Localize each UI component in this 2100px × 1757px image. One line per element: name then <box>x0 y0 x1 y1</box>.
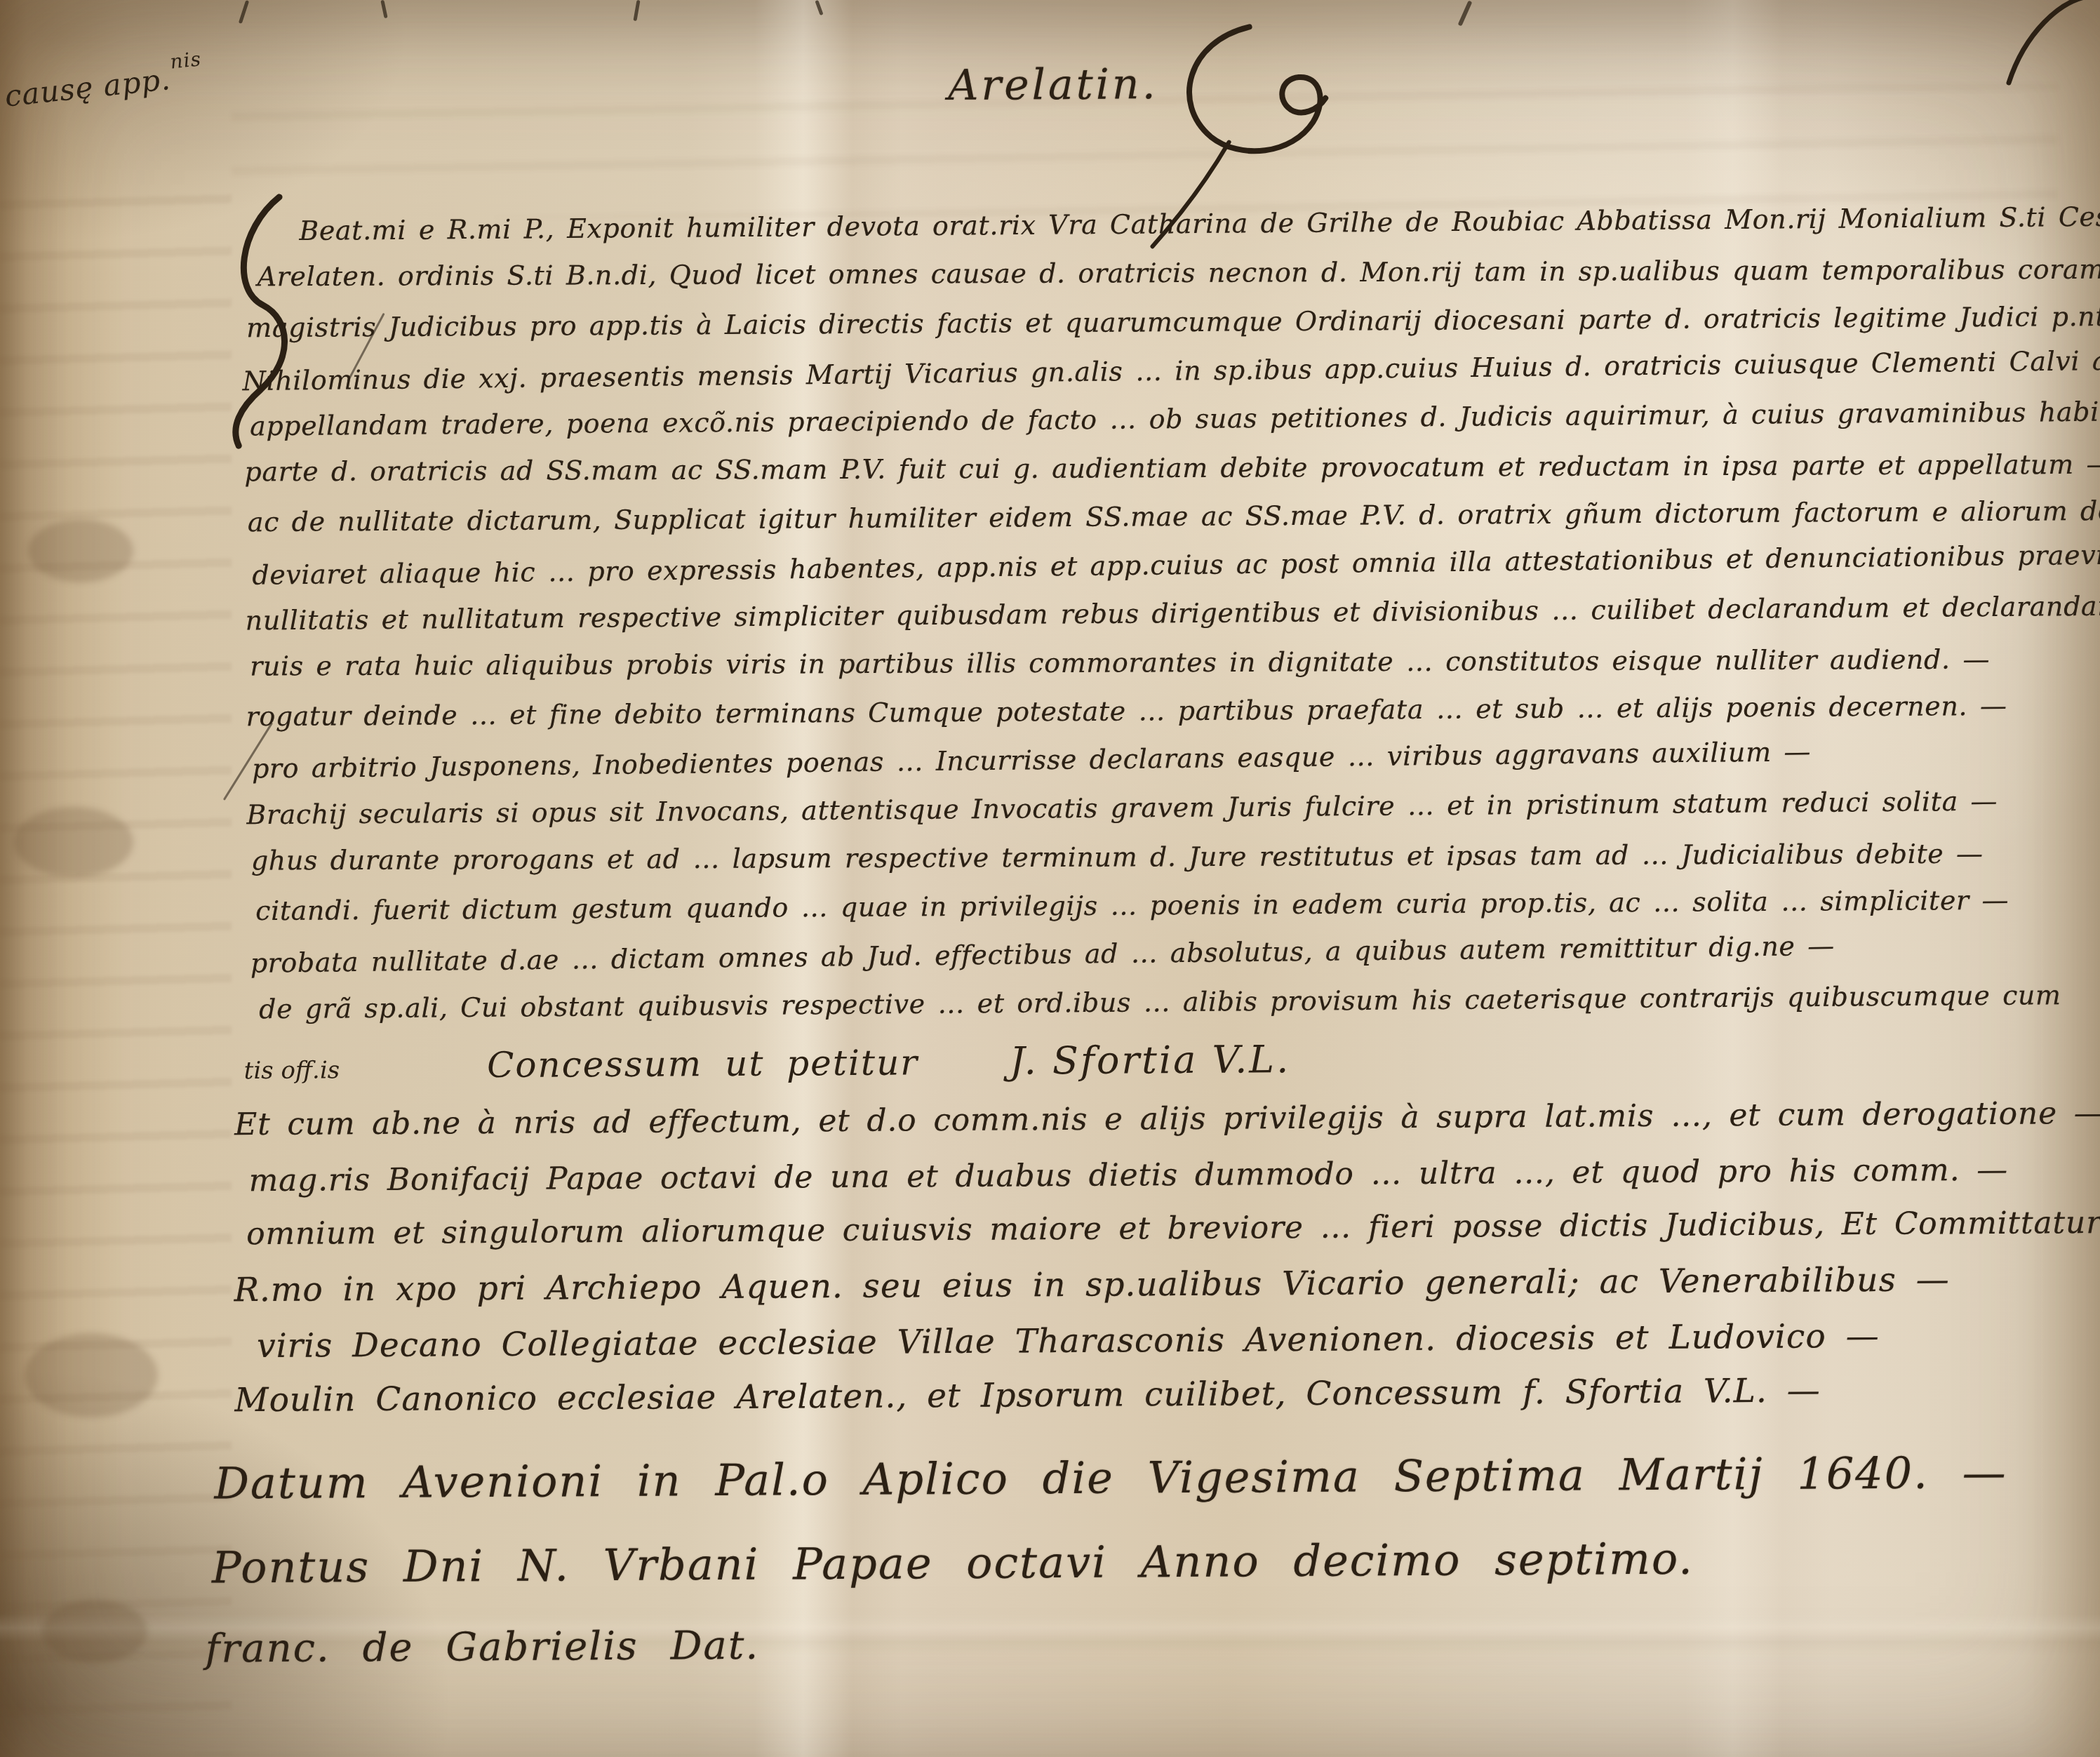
manuscript-line: rogatur deinde … et fine debito terminan… <box>246 690 2007 732</box>
pontificate-line: Pontus Dni N. Vrbani Papae octavi Anno d… <box>212 1533 1694 1594</box>
commission-line: Moulin Canonico ecclesiae Arelaten., et … <box>234 1371 1821 1419</box>
clause-line: Et cum ab.ne à nris ad effectum, et d.o … <box>234 1095 2100 1142</box>
commission-line: viris Decano Collegiatae ecclesiae Villa… <box>257 1317 1880 1365</box>
manuscript-line: probata nullitate d.ae … dictam omnes ab… <box>250 930 1835 979</box>
commission-line: R.mo in xpo pri Archiepo Aquen. seu eius… <box>234 1260 1949 1309</box>
clause-line: omnium et singulorum aliorumque cuiusvis… <box>246 1205 2100 1252</box>
manuscript-line: magistris Judicibus pro app.tis à Laicis… <box>246 300 2100 343</box>
manuscript-line: nullitatis et nullitatum respective simp… <box>246 590 2100 636</box>
manuscript-line: de grã sp.ali, Cui obstant quibusvis res… <box>259 980 2061 1024</box>
manuscript-line: pro arbitrio Jusponens, Inobedientes poe… <box>252 736 1811 784</box>
manuscript-line: ghus durante prorogans et ad … lapsum re… <box>251 839 1984 876</box>
manuscript-line: Brachij secularis si opus sit Invocans, … <box>246 786 1998 831</box>
document-heading: Arelatin. <box>948 60 1158 110</box>
manuscript-line: Arelaten. ordinis S.ti B.n.di, Quod lice… <box>258 253 2100 292</box>
manuscript-line: ac de nullitate dictarum, Supplicat igit… <box>248 493 2100 537</box>
subscription-line: franc. de Gabrielis Dat. <box>205 1623 759 1672</box>
dating-line: Datum Avenioni in Pal.o Aplico die Viges… <box>214 1447 2007 1509</box>
grant-line: tis off.isConcessum ut petiturJ. Sfortia… <box>243 1037 1290 1088</box>
manuscript-line: ruis e rata huic aliquibus probis viris … <box>250 644 1990 682</box>
manuscript-line: appellandam tradere, poena excõ.nis prae… <box>250 396 2100 441</box>
clause-line: mag.ris Bonifacij Papae octavi de una et… <box>248 1152 2008 1198</box>
grant-formula: Concessum ut petitur <box>487 1042 918 1085</box>
manuscript-line: parte d. oratricis ad SS.mam ac SS.mam P… <box>244 449 2100 488</box>
grant-line-prefix: tis off.is <box>244 1056 340 1085</box>
manuscript-line: citandi. fuerit dictum gestum quando … q… <box>255 885 2009 926</box>
manuscript-photo: causę app.nis Arelatin. Beat.mi e R.mi P… <box>0 0 2100 1757</box>
manuscript-line: Nihilominus die xxj. praesentis mensis M… <box>242 344 2100 396</box>
manuscript-line: deviaret aliaque hic … pro expressis hab… <box>252 539 2100 591</box>
signature-sfortia: J. Sfortia V.L. <box>1010 1037 1291 1083</box>
manuscript-text-block: Arelatin. Beat.mi e R.mi P., Exponit hum… <box>0 0 2100 1757</box>
